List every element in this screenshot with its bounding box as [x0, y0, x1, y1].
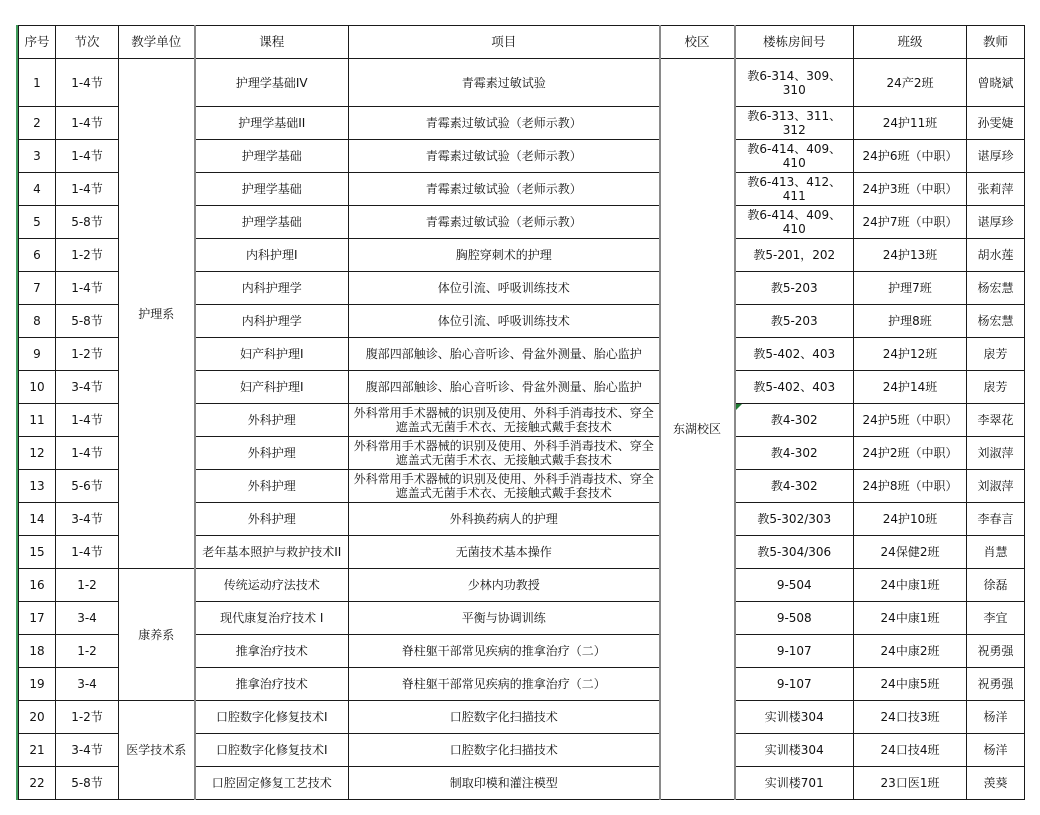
- cell-room[interactable]: 实训楼701: [735, 767, 854, 800]
- cell-room[interactable]: 教4-302: [735, 470, 854, 503]
- room-text: 教5-402、403: [753, 380, 835, 394]
- cell-class[interactable]: 24护7班（中职）: [854, 206, 967, 239]
- cell-class[interactable]: 24产2班: [854, 59, 967, 107]
- header-campus[interactable]: 校区: [660, 26, 735, 59]
- room-text: 教4-302: [771, 446, 818, 460]
- cell-course[interactable]: 口腔数字化修复技术I: [195, 701, 349, 734]
- cell-course[interactable]: 现代康复治疗技术 I: [195, 602, 349, 635]
- cell-index[interactable]: 6: [19, 239, 56, 272]
- cell-course[interactable]: 妇产科护理I: [195, 371, 349, 404]
- cell-project[interactable]: 脊柱躯干部常见疾病的推拿治疗（二）: [349, 635, 660, 668]
- cell-project[interactable]: 外科常用手术器械的识别及使用、外科手消毒技术、穿全遮盖式无菌手术衣、无接触式戴手…: [349, 404, 660, 437]
- cell-project[interactable]: 外科常用手术器械的识别及使用、外科手消毒技术、穿全遮盖式无菌手术衣、无接触式戴手…: [349, 470, 660, 503]
- cell-teacher[interactable]: 李春言: [967, 503, 1025, 536]
- cell-index[interactable]: 18: [19, 635, 56, 668]
- cell-teacher[interactable]: 徐磊: [967, 569, 1025, 602]
- room-text: 实训楼304: [765, 710, 824, 724]
- cell-course[interactable]: 老年基本照护与救护技术II: [195, 536, 349, 569]
- cell-class[interactable]: 24护3班（中职）: [854, 173, 967, 206]
- cell-course[interactable]: 护理学基础IV: [195, 59, 349, 107]
- cell-course[interactable]: 护理学基础: [195, 140, 349, 173]
- cell-class[interactable]: 护理8班: [854, 305, 967, 338]
- cell-period[interactable]: 5-6节: [56, 470, 119, 503]
- cell-class[interactable]: 24护14班: [854, 371, 967, 404]
- cell-project[interactable]: 青霉素过敏试验（老师示教）: [349, 206, 660, 239]
- header-period[interactable]: 节次: [56, 26, 119, 59]
- cell-teaching-unit[interactable]: 护理系: [119, 59, 195, 569]
- cell-period[interactable]: 1-4节: [56, 404, 119, 437]
- cell-course[interactable]: 护理学基础: [195, 173, 349, 206]
- table-row: 161-2康养系传统运动疗法技术少林内功教授9-50424中康1班徐磊: [19, 569, 1025, 602]
- cell-room[interactable]: 9-508: [735, 602, 854, 635]
- cell-course[interactable]: 口腔固定修复工艺技术: [195, 767, 349, 800]
- cell-period[interactable]: 1-2节: [56, 338, 119, 371]
- cell-teacher[interactable]: 李宜: [967, 602, 1025, 635]
- cell-period[interactable]: 5-8节: [56, 206, 119, 239]
- table-row: 11-4节护理系护理学基础IV青霉素过敏试验东湖校区教6-314、309、310…: [19, 59, 1025, 107]
- cell-project[interactable]: 体位引流、呼吸训练技术: [349, 272, 660, 305]
- header-index[interactable]: 序号: [19, 26, 56, 59]
- cell-room[interactable]: 教6-414、409、410: [735, 140, 854, 173]
- cell-period[interactable]: 3-4节: [56, 503, 119, 536]
- cell-project[interactable]: 制取印模和灌注模型: [349, 767, 660, 800]
- cell-class[interactable]: 23口医1班: [854, 767, 967, 800]
- cell-teacher[interactable]: 孙雯婕: [967, 107, 1025, 140]
- cell-class[interactable]: 24中康5班: [854, 668, 967, 701]
- cell-teacher[interactable]: 李翠花: [967, 404, 1025, 437]
- cell-class[interactable]: 24护13班: [854, 239, 967, 272]
- cell-teacher[interactable]: 张莉萍: [967, 173, 1025, 206]
- cell-index[interactable]: 22: [19, 767, 56, 800]
- room-text: 教6-413、412、411: [738, 175, 852, 203]
- cell-index[interactable]: 10: [19, 371, 56, 404]
- cell-class[interactable]: 护理7班: [854, 272, 967, 305]
- cell-teacher[interactable]: 杨宏慧: [967, 272, 1025, 305]
- header-teacher[interactable]: 教师: [967, 26, 1025, 59]
- cell-teacher[interactable]: 谌厚珍: [967, 206, 1025, 239]
- cell-project[interactable]: 无菌技术基本操作: [349, 536, 660, 569]
- cell-course[interactable]: 外科护理: [195, 470, 349, 503]
- cell-class[interactable]: 24护5班（中职）: [854, 404, 967, 437]
- cell-period[interactable]: 5-8节: [56, 305, 119, 338]
- cell-course[interactable]: 外科护理: [195, 404, 349, 437]
- cell-room[interactable]: 教5-302/303: [735, 503, 854, 536]
- room-text: 教5-201，202: [753, 248, 835, 262]
- cell-index[interactable]: 2: [19, 107, 56, 140]
- cell-index[interactable]: 19: [19, 668, 56, 701]
- room-text: 教6-313、311、312: [738, 109, 852, 137]
- cell-campus[interactable]: 东湖校区: [660, 59, 735, 800]
- room-text: 9-508: [777, 611, 812, 625]
- cell-project[interactable]: 青霉素过敏试验（老师示教）: [349, 173, 660, 206]
- cell-period[interactable]: 3-4节: [56, 371, 119, 404]
- cell-project[interactable]: 青霉素过敏试验（老师示教）: [349, 140, 660, 173]
- cell-course[interactable]: 传统运动疗法技术: [195, 569, 349, 602]
- cell-class[interactable]: 24护8班（中职）: [854, 470, 967, 503]
- cell-teacher[interactable]: 扆芳: [967, 371, 1025, 404]
- cell-course[interactable]: 内科护理学: [195, 272, 349, 305]
- cell-class[interactable]: 24保健2班: [854, 536, 967, 569]
- cell-period[interactable]: 1-2节: [56, 701, 119, 734]
- cell-index[interactable]: 8: [19, 305, 56, 338]
- cell-room[interactable]: 9-107: [735, 635, 854, 668]
- cell-room[interactable]: 教4-302: [735, 404, 854, 437]
- cell-period[interactable]: 3-4: [56, 668, 119, 701]
- cell-teaching-unit[interactable]: 康养系: [119, 569, 195, 701]
- cell-course[interactable]: 内科护理学: [195, 305, 349, 338]
- cell-teacher[interactable]: 杨洋: [967, 701, 1025, 734]
- header-class[interactable]: 班级: [854, 26, 967, 59]
- cell-index[interactable]: 11: [19, 404, 56, 437]
- cell-class[interactable]: 24护11班: [854, 107, 967, 140]
- cell-course[interactable]: 推拿治疗技术: [195, 635, 349, 668]
- cell-class[interactable]: 24护10班: [854, 503, 967, 536]
- cell-index[interactable]: 12: [19, 437, 56, 470]
- cell-teacher[interactable]: 胡水莲: [967, 239, 1025, 272]
- cell-room[interactable]: 教6-313、311、312: [735, 107, 854, 140]
- cell-room[interactable]: 实训楼304: [735, 734, 854, 767]
- cell-room[interactable]: 教6-414、409、410: [735, 206, 854, 239]
- cell-index[interactable]: 17: [19, 602, 56, 635]
- cell-index[interactable]: 4: [19, 173, 56, 206]
- header-project[interactable]: 项目: [349, 26, 660, 59]
- cell-room[interactable]: 教5-402、403: [735, 371, 854, 404]
- cell-room[interactable]: 教5-304/306: [735, 536, 854, 569]
- cell-project[interactable]: 口腔数字化扫描技术: [349, 701, 660, 734]
- room-text: 教4-302: [771, 413, 818, 427]
- cell-project[interactable]: 腹部四部触诊、胎心音听诊、骨盆外测量、胎心监护: [349, 371, 660, 404]
- header-unit[interactable]: 教学单位: [119, 26, 195, 59]
- cell-period[interactable]: 1-2节: [56, 239, 119, 272]
- cell-period[interactable]: 1-4节: [56, 173, 119, 206]
- cell-class[interactable]: 24口技4班: [854, 734, 967, 767]
- cell-course[interactable]: 口腔数字化修复技术I: [195, 734, 349, 767]
- cell-course[interactable]: 护理学基础: [195, 206, 349, 239]
- cell-room[interactable]: 9-504: [735, 569, 854, 602]
- cell-period[interactable]: 5-8节: [56, 767, 119, 800]
- cell-room[interactable]: 教5-402、403: [735, 338, 854, 371]
- cell-class[interactable]: 24中康2班: [854, 635, 967, 668]
- cell-index[interactable]: 16: [19, 569, 56, 602]
- room-text: 教5-203: [771, 314, 818, 328]
- cell-index[interactable]: 3: [19, 140, 56, 173]
- cell-project[interactable]: 少林内功教授: [349, 569, 660, 602]
- cell-class[interactable]: 24中康1班: [854, 602, 967, 635]
- cell-index[interactable]: 20: [19, 701, 56, 734]
- schedule-body: 11-4节护理系护理学基础IV青霉素过敏试验东湖校区教6-314、309、310…: [19, 59, 1025, 800]
- room-text: 实训楼304: [765, 743, 824, 757]
- cell-teaching-unit[interactable]: 医学技术系: [119, 701, 195, 800]
- cell-class[interactable]: 24中康1班: [854, 569, 967, 602]
- cell-teacher[interactable]: 曾晓斌: [967, 59, 1025, 107]
- room-text: 教6-414、409、410: [738, 208, 852, 236]
- cell-project[interactable]: 脊柱躯干部常见疾病的推拿治疗（二）: [349, 668, 660, 701]
- cell-project[interactable]: 口腔数字化扫描技术: [349, 734, 660, 767]
- cell-index[interactable]: 9: [19, 338, 56, 371]
- cell-index[interactable]: 1: [19, 59, 56, 107]
- room-text: 实训楼701: [765, 776, 824, 790]
- room-text: 教5-302/303: [757, 512, 831, 526]
- cell-course[interactable]: 外科护理: [195, 503, 349, 536]
- cell-course[interactable]: 外科护理: [195, 437, 349, 470]
- cell-project[interactable]: 青霉素过敏试验: [349, 59, 660, 107]
- header-room[interactable]: 楼栋房间号: [735, 26, 854, 59]
- cell-teacher[interactable]: 扆芳: [967, 338, 1025, 371]
- room-text: 教4-302: [771, 479, 818, 493]
- cell-course[interactable]: 护理学基础II: [195, 107, 349, 140]
- room-text: 9-107: [777, 644, 812, 658]
- cell-teacher[interactable]: 刘淑萍: [967, 470, 1025, 503]
- cell-index[interactable]: 7: [19, 272, 56, 305]
- comment-indicator-icon[interactable]: [736, 404, 742, 410]
- cell-class[interactable]: 24口技3班: [854, 701, 967, 734]
- room-text: 教5-203: [771, 281, 818, 295]
- cell-class[interactable]: 24护12班: [854, 338, 967, 371]
- table-row: 201-2节医学技术系口腔数字化修复技术I口腔数字化扫描技术实训楼30424口技…: [19, 701, 1025, 734]
- cell-period[interactable]: 1-4节: [56, 536, 119, 569]
- cell-course[interactable]: 推拿治疗技术: [195, 668, 349, 701]
- cell-index[interactable]: 13: [19, 470, 56, 503]
- cell-period[interactable]: 1-2: [56, 569, 119, 602]
- cell-teacher[interactable]: 杨洋: [967, 734, 1025, 767]
- cell-period[interactable]: 3-4节: [56, 734, 119, 767]
- cell-teacher[interactable]: 羡葵: [967, 767, 1025, 800]
- cell-teacher[interactable]: 肖慧: [967, 536, 1025, 569]
- cell-room[interactable]: 教6-314、309、310: [735, 59, 854, 107]
- cell-class[interactable]: 24护2班（中职）: [854, 437, 967, 470]
- cell-period[interactable]: 1-4节: [56, 272, 119, 305]
- header-course[interactable]: 课程: [195, 26, 349, 59]
- cell-class[interactable]: 24护6班（中职）: [854, 140, 967, 173]
- cell-project[interactable]: 外科常用手术器械的识别及使用、外科手消毒技术、穿全遮盖式无菌手术衣、无接触式戴手…: [349, 437, 660, 470]
- cell-project[interactable]: 体位引流、呼吸训练技术: [349, 305, 660, 338]
- cell-index[interactable]: 21: [19, 734, 56, 767]
- cell-course[interactable]: 内科护理I: [195, 239, 349, 272]
- spreadsheet-sheet: 序号 节次 教学单位 课程 项目 校区 楼栋房间号 班级 教师 11-4节护理系…: [16, 25, 1025, 800]
- cell-project[interactable]: 青霉素过敏试验（老师示教）: [349, 107, 660, 140]
- cell-index[interactable]: 15: [19, 536, 56, 569]
- cell-period[interactable]: 3-4: [56, 602, 119, 635]
- cell-room[interactable]: 教5-201，202: [735, 239, 854, 272]
- cell-project[interactable]: 胸腔穿刺术的护理: [349, 239, 660, 272]
- cell-period[interactable]: 1-4节: [56, 437, 119, 470]
- room-text: 教5-304/306: [757, 545, 831, 559]
- room-text: 教6-414、409、410: [738, 142, 852, 170]
- cell-index[interactable]: 5: [19, 206, 56, 239]
- cell-course[interactable]: 妇产科护理I: [195, 338, 349, 371]
- cell-room[interactable]: 教4-302: [735, 437, 854, 470]
- cell-room[interactable]: 教5-203: [735, 305, 854, 338]
- cell-teacher[interactable]: 刘淑萍: [967, 437, 1025, 470]
- cell-teacher[interactable]: 祝勇强: [967, 635, 1025, 668]
- cell-teacher[interactable]: 谌厚珍: [967, 140, 1025, 173]
- cell-room[interactable]: 实训楼304: [735, 701, 854, 734]
- cell-period[interactable]: 1-4节: [56, 140, 119, 173]
- room-text: 教6-314、309、310: [738, 69, 852, 97]
- room-text: 9-504: [777, 578, 812, 592]
- cell-room[interactable]: 9-107: [735, 668, 854, 701]
- room-text: 9-107: [777, 677, 812, 691]
- cell-period[interactable]: 1-2: [56, 635, 119, 668]
- cell-room[interactable]: 教5-203: [735, 272, 854, 305]
- cell-index[interactable]: 14: [19, 503, 56, 536]
- cell-room[interactable]: 教6-413、412、411: [735, 173, 854, 206]
- cell-period[interactable]: 1-4节: [56, 59, 119, 107]
- cell-project[interactable]: 外科换药病人的护理: [349, 503, 660, 536]
- cell-project[interactable]: 平衡与协调训练: [349, 602, 660, 635]
- cell-teacher[interactable]: 祝勇强: [967, 668, 1025, 701]
- cell-project[interactable]: 腹部四部触诊、胎心音听诊、骨盆外测量、胎心监护: [349, 338, 660, 371]
- room-text: 教5-402、403: [753, 347, 835, 361]
- course-schedule-table: 序号 节次 教学单位 课程 项目 校区 楼栋房间号 班级 教师 11-4节护理系…: [18, 25, 1025, 800]
- header-row: 序号 节次 教学单位 课程 项目 校区 楼栋房间号 班级 教师: [19, 26, 1025, 59]
- cell-period[interactable]: 1-4节: [56, 107, 119, 140]
- cell-teacher[interactable]: 杨宏慧: [967, 305, 1025, 338]
